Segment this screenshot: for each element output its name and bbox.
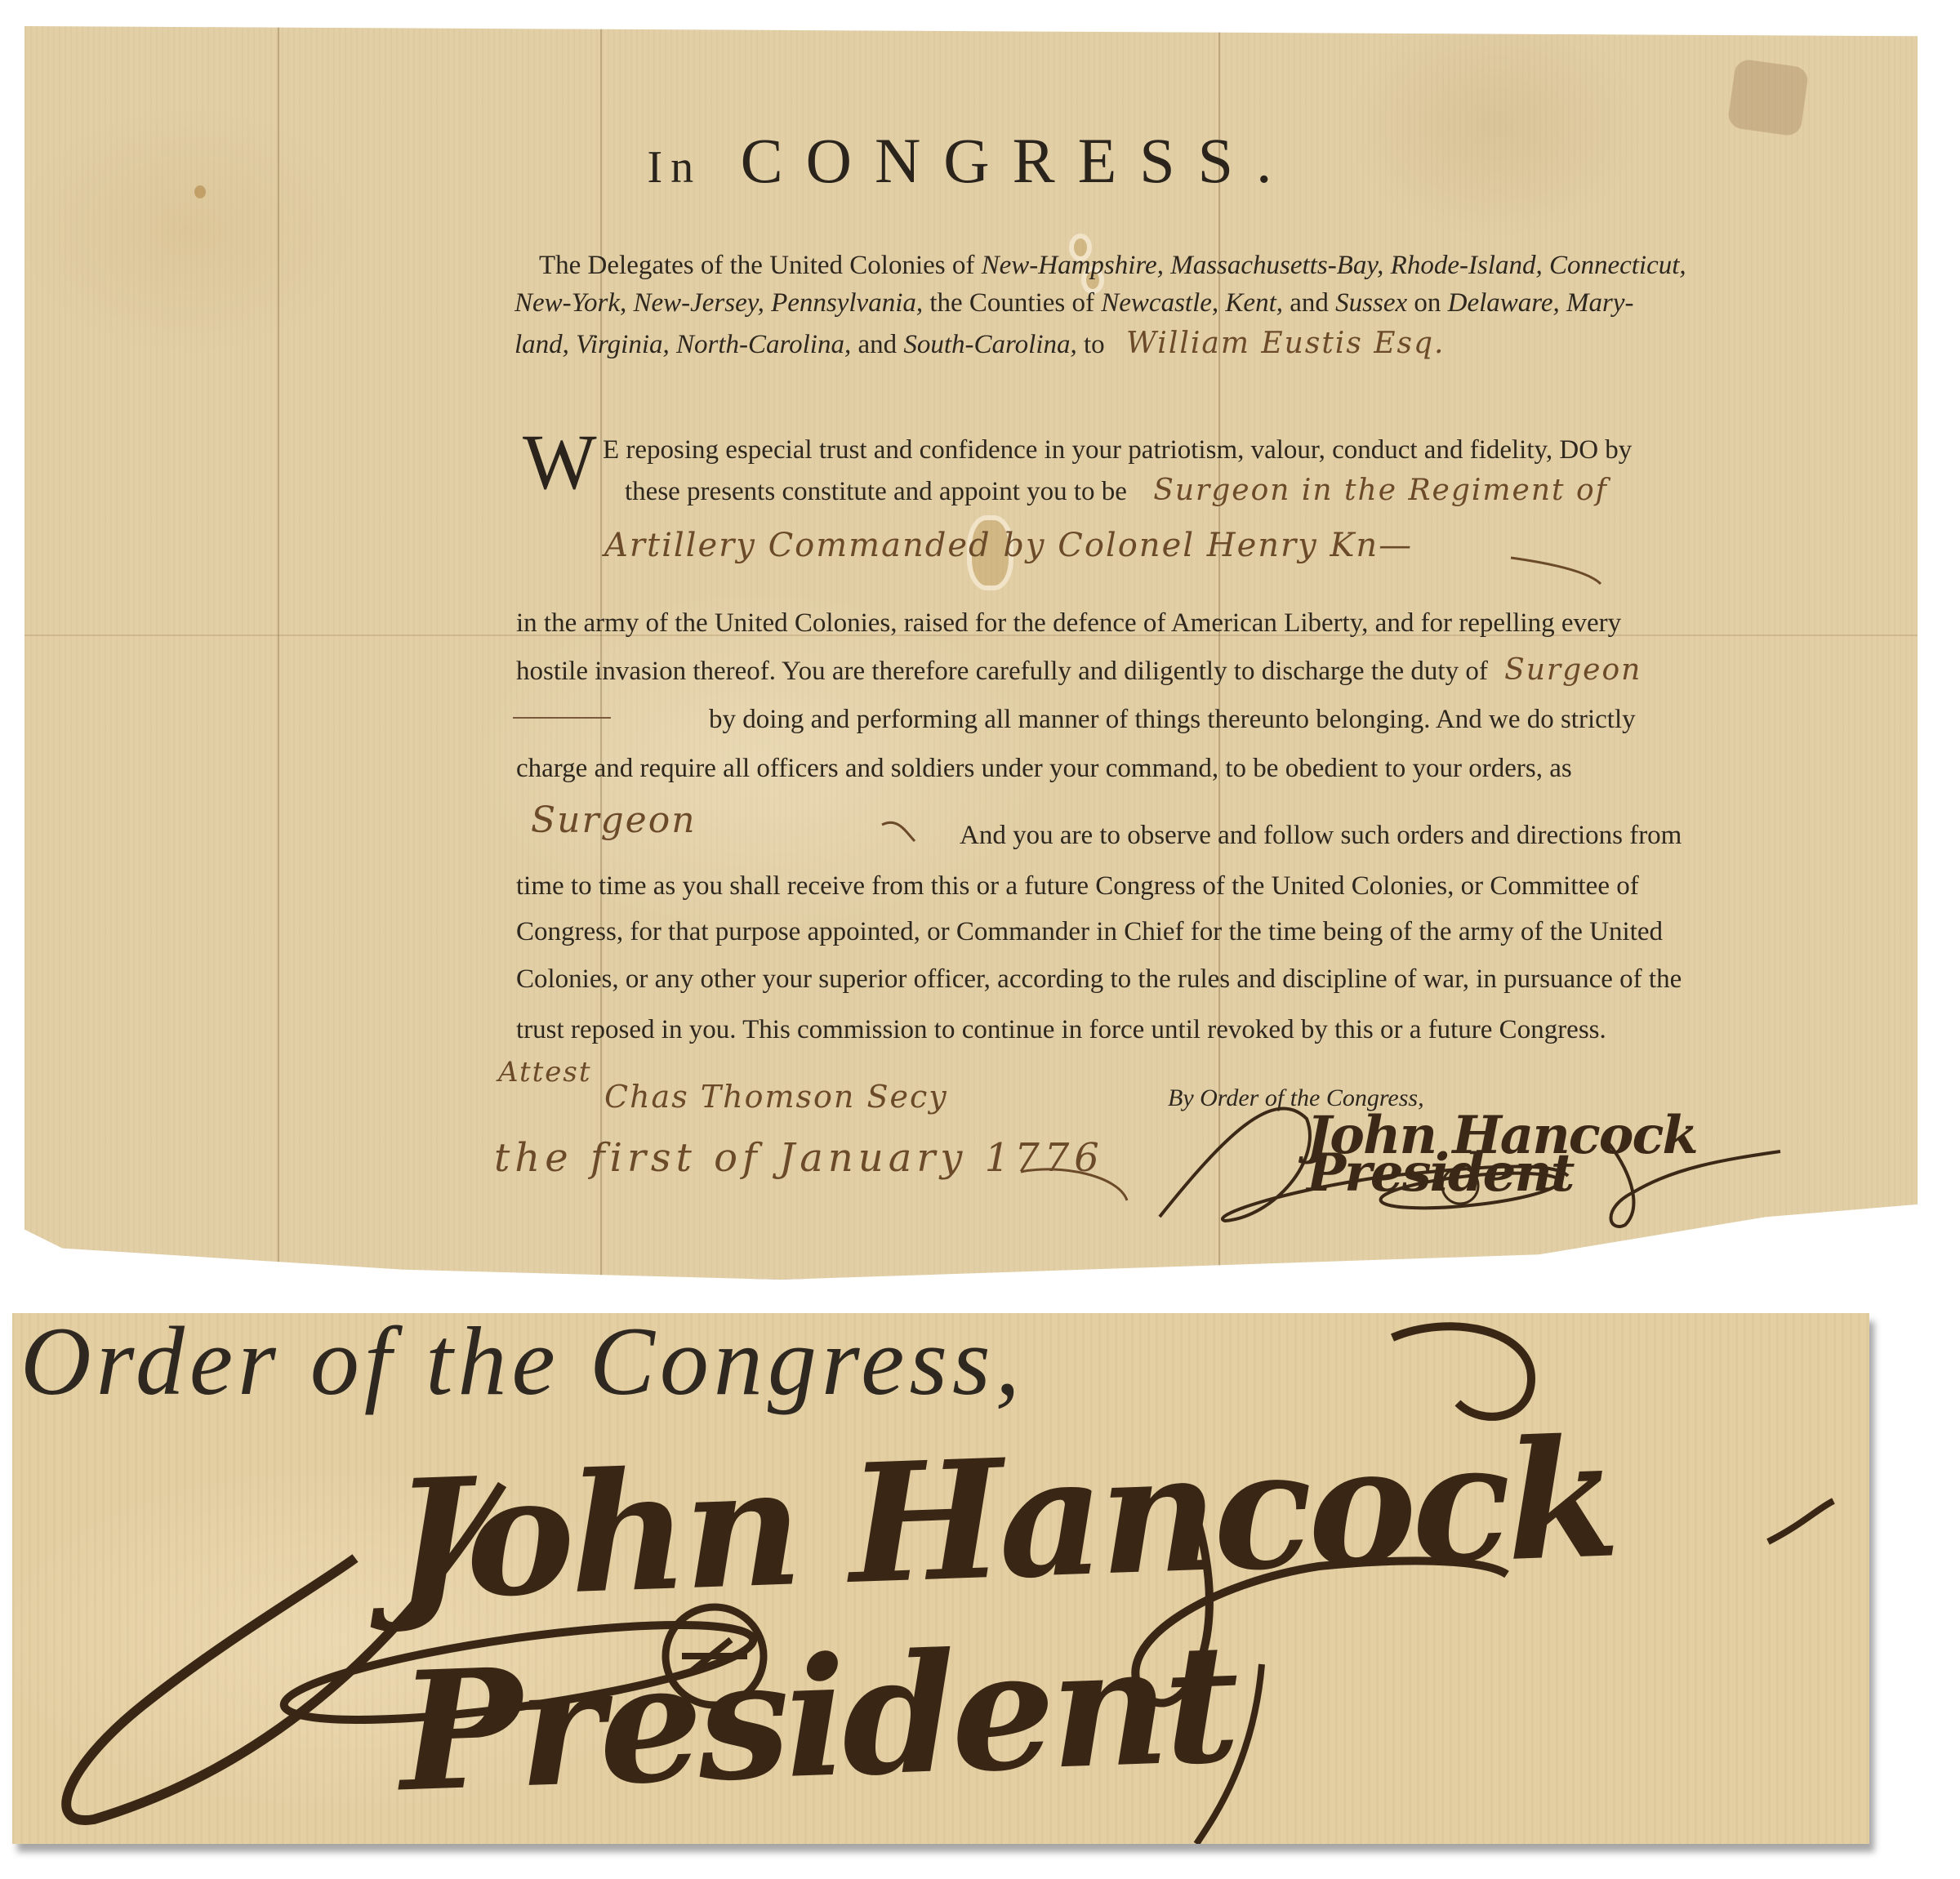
signature-flourish-enlarged bbox=[12, 1313, 1869, 1844]
signature-detail-inset: Order of the Congress, John Hancock Pres… bbox=[12, 1313, 1869, 1844]
signature-flourish bbox=[0, 0, 1960, 1307]
